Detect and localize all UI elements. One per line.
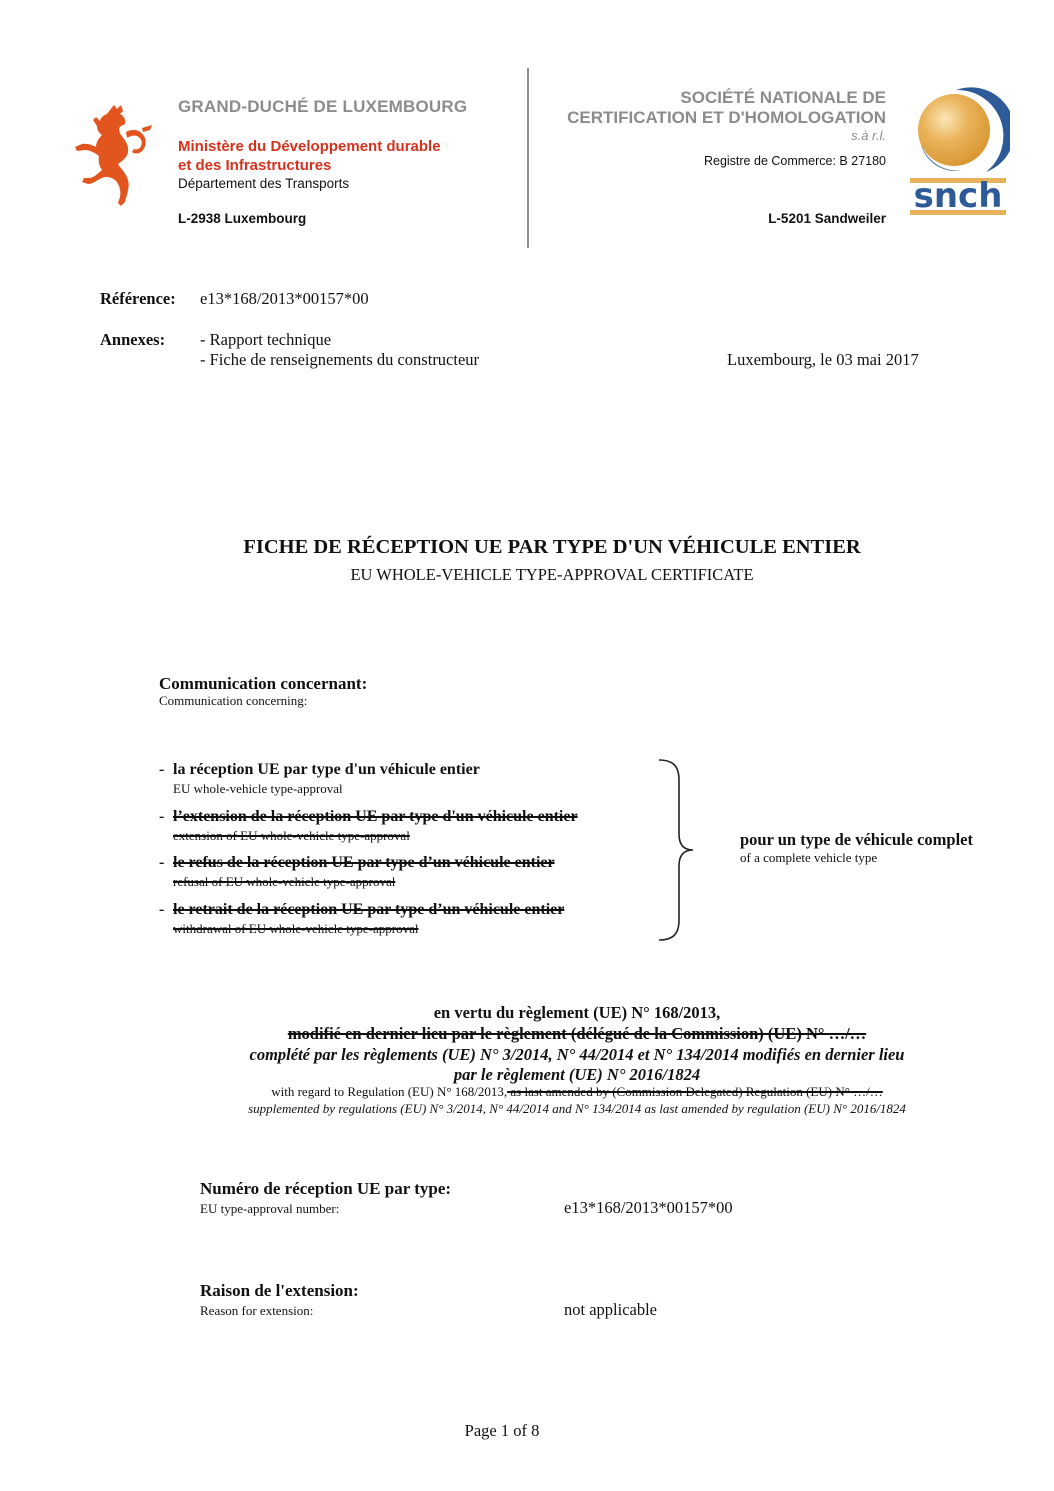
option-en-approval: EU whole-vehicle type-approval xyxy=(173,781,343,797)
header-divider xyxy=(527,68,529,248)
regulation-en-text: with regard to Regulation (EU) N° 168/20… xyxy=(271,1084,507,1099)
option-dash: - xyxy=(159,808,164,826)
communication-label: Communication concernant: xyxy=(159,674,367,694)
option-en-refusal: refusal of EU whole-vehicle type-approva… xyxy=(173,874,395,890)
snch-logo-icon: snch xyxy=(906,86,1010,220)
regulation-line-struck: modifié en dernier lieu par le règlement… xyxy=(0,1024,1054,1044)
approval-number-label-en: EU type-approval number: xyxy=(200,1201,339,1217)
annexes-label: Annexes: xyxy=(100,330,165,350)
company-address: L-5201 Sandweiler xyxy=(546,211,886,226)
regulation-line: complété par les règlements (UE) N° 3/20… xyxy=(0,1045,1054,1065)
option-en-extension: extension of EU whole-vehicle type-appro… xyxy=(173,828,410,844)
approval-number-label: Numéro de réception UE par type: xyxy=(200,1179,451,1199)
vehicle-scope-en: of a complete vehicle type xyxy=(740,850,877,866)
country-name: GRAND-DUCHÉ DE LUXEMBOURG xyxy=(178,97,467,117)
option-fr-refusal: le refus de la réception UE par type d’u… xyxy=(173,854,555,872)
document-title: FICHE DE RÉCEPTION UE PAR TYPE D'UN VÉHI… xyxy=(0,536,1054,559)
company-name-line1: SOCIÉTÉ NATIONALE DE xyxy=(546,88,886,108)
regulation-en-struck-text: as last amended by (Commission Delegated… xyxy=(507,1084,883,1099)
option-en-withdrawal: withdrawal of EU whole-vehicle type-appr… xyxy=(173,921,418,937)
option-dash: - xyxy=(159,854,164,872)
option-fr-approval: la réception UE par type d'un véhicule e… xyxy=(173,761,480,779)
option-fr-withdrawal: le retrait de la réception UE par type d… xyxy=(173,901,564,919)
extension-reason-value: not applicable xyxy=(564,1300,657,1320)
option-fr-extension: l’extension de la réception UE par type … xyxy=(173,808,578,826)
approval-number-value: e13*168/2013*00157*00 xyxy=(564,1198,733,1218)
ministry-name-line2: et des Infrastructures xyxy=(178,157,331,174)
communication-label-en: Communication concerning: xyxy=(159,693,307,709)
page-number: Page 1 of 8 xyxy=(0,1421,1004,1441)
extension-reason-label-en: Reason for extension: xyxy=(200,1303,313,1319)
ministry-name-line1: Ministère du Développement durable xyxy=(178,138,441,155)
department-name: Département des Transports xyxy=(178,176,349,191)
lion-coat-of-arms-icon xyxy=(72,102,156,212)
annex-item: - Fiche de renseignements du constructeu… xyxy=(200,350,479,370)
regulation-line: par le règlement (UE) N° 2016/1824 xyxy=(0,1065,1054,1085)
annex-item: - Rapport technique xyxy=(200,330,331,350)
regulation-line-en: with regard to Regulation (EU) N° 168/20… xyxy=(0,1084,1054,1100)
vehicle-scope-fr: pour un type de véhicule complet xyxy=(740,830,973,850)
communication-option: - xyxy=(159,761,164,779)
svg-text:snch: snch xyxy=(914,176,1003,216)
regulation-line-en: supplemented by regulations (EU) N° 3/20… xyxy=(0,1101,1054,1117)
right-brace-icon xyxy=(655,758,705,942)
document-subtitle: EU WHOLE-VEHICLE TYPE-APPROVAL CERTIFICA… xyxy=(0,565,1054,585)
reference-value: e13*168/2013*00157*00 xyxy=(200,289,369,309)
ministry-address: L-2938 Luxembourg xyxy=(178,211,306,226)
reference-label: Référence: xyxy=(100,289,176,309)
document-date: Luxembourg, le 03 mai 2017 xyxy=(727,350,919,370)
extension-reason-label: Raison de l'extension: xyxy=(200,1281,359,1301)
company-legal-form: s.à r.l. xyxy=(546,128,886,143)
company-name-line2: CERTIFICATION ET D'HOMOLOGATION xyxy=(546,108,886,128)
company-registry: Registre de Commerce: B 27180 xyxy=(546,154,886,168)
option-dash: - xyxy=(159,901,164,919)
regulation-line: en vertu du règlement (UE) N° 168/2013, xyxy=(0,1003,1054,1023)
